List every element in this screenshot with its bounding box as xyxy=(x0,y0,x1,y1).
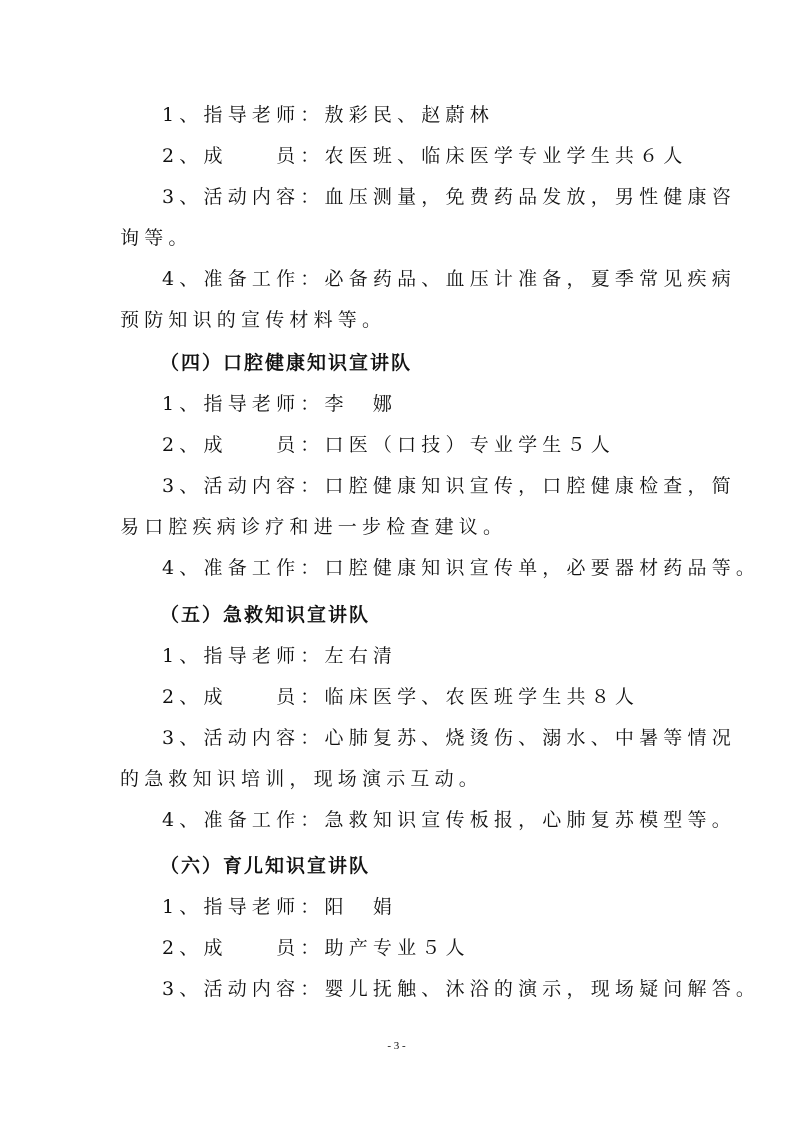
team5-members: 2、成 员：临床医学、农医班学生共８人 xyxy=(162,682,722,712)
document-page: 1、指导老师：敖彩民、赵蔚林 2、成 员：农医班、临床医学专业学生共６人 3、活… xyxy=(0,0,793,1122)
team6-advisor: 1、指导老师：阳 娟 xyxy=(162,892,722,922)
team3-members: 2、成 员：农医班、临床医学专业学生共６人 xyxy=(162,141,722,171)
team4-activities-cont: 易口腔疾病诊疗和进一步检查建议。 xyxy=(120,512,680,542)
team3-activities-cont: 询等。 xyxy=(120,223,680,253)
team4-activities: 3、活动内容：口腔健康知识宣传，口腔健康检查，简 xyxy=(162,471,722,501)
team6-members: 2、成 员：助产专业５人 xyxy=(162,933,722,963)
team5-activities-cont: 的急救知识培训，现场演示互动。 xyxy=(120,764,680,794)
team5-activities: 3、活动内容：心肺复苏、烧烫伤、溺水、中暑等情况 xyxy=(162,723,722,753)
section-heading-oral-health: （四）口腔健康知识宣讲队 xyxy=(160,348,720,378)
team3-advisor: 1、指导老师：敖彩民、赵蔚林 xyxy=(162,100,722,130)
team4-preparation: 4、准备工作：口腔健康知识宣传单，必要器材药品等。 xyxy=(162,553,722,583)
page-number: - 3 - xyxy=(0,1040,793,1052)
team4-advisor: 1、指导老师：李 娜 xyxy=(162,389,722,419)
team5-advisor: 1、指导老师：左右清 xyxy=(162,641,722,671)
team3-preparation: 4、准备工作：必备药品、血压计准备，夏季常见疾病 xyxy=(162,264,722,294)
section-heading-parenting: （六）育儿知识宣讲队 xyxy=(160,851,720,881)
team5-preparation: 4、准备工作：急救知识宣传板报，心肺复苏模型等。 xyxy=(162,805,722,835)
team4-members: 2、成 员：口医（口技）专业学生５人 xyxy=(162,430,722,460)
team3-preparation-cont: 预防知识的宣传材料等。 xyxy=(120,305,680,335)
team3-activities: 3、活动内容：血压测量，免费药品发放，男性健康咨 xyxy=(162,182,722,212)
section-heading-first-aid: （五）急救知识宣讲队 xyxy=(160,600,720,630)
team6-activities: 3、活动内容：婴儿抚触、沐浴的演示，现场疑问解答。 xyxy=(162,974,722,1004)
